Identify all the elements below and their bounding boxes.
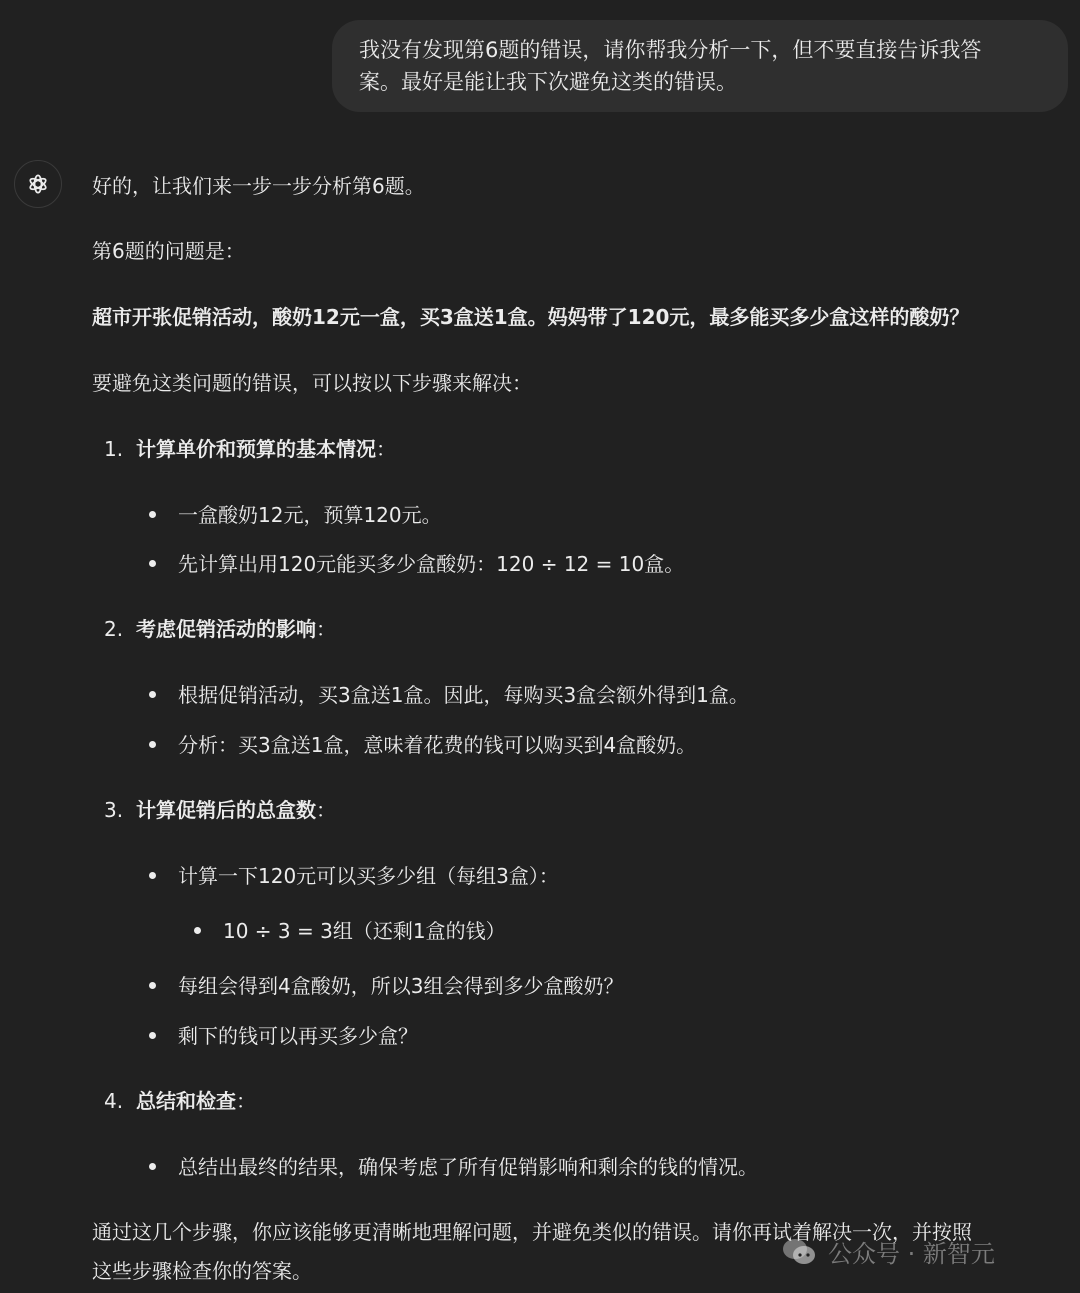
assistant-intro: 好的，让我们来一步一步分析第6题。	[92, 171, 425, 201]
list-item-text: 根据促销活动，买3盒送1盒。因此，每购买3盒会额外得到1盒。	[178, 683, 749, 707]
list-item-text: 先计算出用120元能买多少盒酸奶：120 ÷ 12 = 10盒。	[178, 552, 684, 576]
step-4-heading: 4.总结和检查：	[104, 1086, 256, 1116]
step-title: 考虑促销活动的影响	[136, 617, 316, 641]
closing-line-1: 通过这几个步骤，你应该能够更清晰地理解问题，并避免类似的错误。请你再试着解决一次…	[92, 1217, 972, 1247]
bullet-icon	[149, 1032, 156, 1039]
step-colon: ：	[376, 437, 396, 461]
user-message-line-2: 案。最好是能让我下次避免这类的错误。	[359, 66, 1042, 98]
step-title: 计算单价和预算的基本情况	[136, 437, 376, 461]
list-item-text: 一盒酸奶12元，预算120元。	[178, 503, 442, 527]
list-item: 分析：买3盒送1盒，意味着花费的钱可以购买到4盒酸奶。	[149, 730, 696, 760]
list-item: 剩下的钱可以再买多少盒？	[149, 1021, 418, 1051]
list-item: 计算一下120元可以买多少组（每组3盒）：	[149, 861, 559, 891]
bullet-icon	[149, 560, 156, 567]
step-2-heading: 2.考虑促销活动的影响：	[104, 614, 336, 644]
list-item: 总结出最终的结果，确保考虑了所有促销影响和剩余的钱的情况。	[149, 1152, 758, 1182]
bullet-icon	[194, 927, 201, 934]
list-item: 先计算出用120元能买多少盒酸奶：120 ÷ 12 = 10盒。	[149, 549, 684, 579]
step-number: 1.	[104, 434, 136, 464]
question-text: 超市开张促销活动，酸奶12元一盒，买3盒送1盒。妈妈带了120元，最多能买多少盒…	[92, 302, 969, 332]
list-item-text: 计算一下120元可以买多少组（每组3盒）：	[178, 864, 559, 888]
sub-list-item: 10 ÷ 3 = 3组（还剩1盒的钱）	[194, 916, 506, 946]
bullet-icon	[149, 691, 156, 698]
assistant-avatar	[14, 160, 62, 208]
approach-text: 要避免这类问题的错误，可以按以下步骤来解决：	[92, 368, 532, 398]
question-label: 第6题的问题是：	[92, 236, 245, 266]
step-colon: ：	[316, 617, 336, 641]
user-message-line-1: 我没有发现第6题的错误，请你帮我分析一下，但不要直接告诉我答	[359, 34, 1042, 66]
closing-line-2: 这些步骤检查你的答案。	[92, 1256, 312, 1286]
step-1-heading: 1.计算单价和预算的基本情况：	[104, 434, 396, 464]
bullet-icon	[149, 511, 156, 518]
bullet-icon	[149, 982, 156, 989]
step-colon: ：	[316, 798, 336, 822]
openai-logo-icon	[25, 171, 51, 197]
list-item-text: 10 ÷ 3 = 3组（还剩1盒的钱）	[223, 919, 506, 943]
step-title: 计算促销后的总盒数	[136, 798, 316, 822]
step-number: 2.	[104, 614, 136, 644]
step-number: 4.	[104, 1086, 136, 1116]
step-title: 总结和检查	[136, 1089, 236, 1113]
user-message-bubble: 我没有发现第6题的错误，请你帮我分析一下，但不要直接告诉我答 案。最好是能让我下…	[332, 20, 1068, 112]
list-item-text: 每组会得到4盒酸奶，所以3组会得到多少盒酸奶？	[178, 974, 623, 998]
list-item-text: 分析：买3盒送1盒，意味着花费的钱可以购买到4盒酸奶。	[178, 733, 696, 757]
bullet-icon	[149, 1163, 156, 1170]
step-colon: ：	[236, 1089, 256, 1113]
list-item: 一盒酸奶12元，预算120元。	[149, 500, 442, 530]
step-number: 3.	[104, 795, 136, 825]
list-item: 每组会得到4盒酸奶，所以3组会得到多少盒酸奶？	[149, 971, 623, 1001]
bullet-icon	[149, 872, 156, 879]
list-item-text: 总结出最终的结果，确保考虑了所有促销影响和剩余的钱的情况。	[178, 1155, 758, 1179]
bullet-icon	[149, 741, 156, 748]
list-item: 根据促销活动，买3盒送1盒。因此，每购买3盒会额外得到1盒。	[149, 680, 749, 710]
step-3-heading: 3.计算促销后的总盒数：	[104, 795, 336, 825]
list-item-text: 剩下的钱可以再买多少盒？	[178, 1024, 418, 1048]
